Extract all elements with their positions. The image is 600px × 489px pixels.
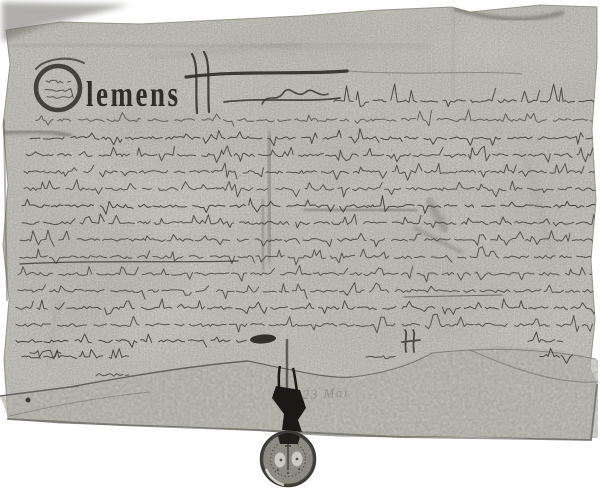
- charter-image: lemens 23 Mai: [0, 0, 600, 489]
- heading-text: lemens: [86, 74, 180, 113]
- pencil-date-annotation: 23 Mai: [302, 385, 349, 402]
- photograph-of-parchment-charter: lemens 23 Mai: [0, 0, 600, 489]
- parchment-hole: [26, 398, 31, 403]
